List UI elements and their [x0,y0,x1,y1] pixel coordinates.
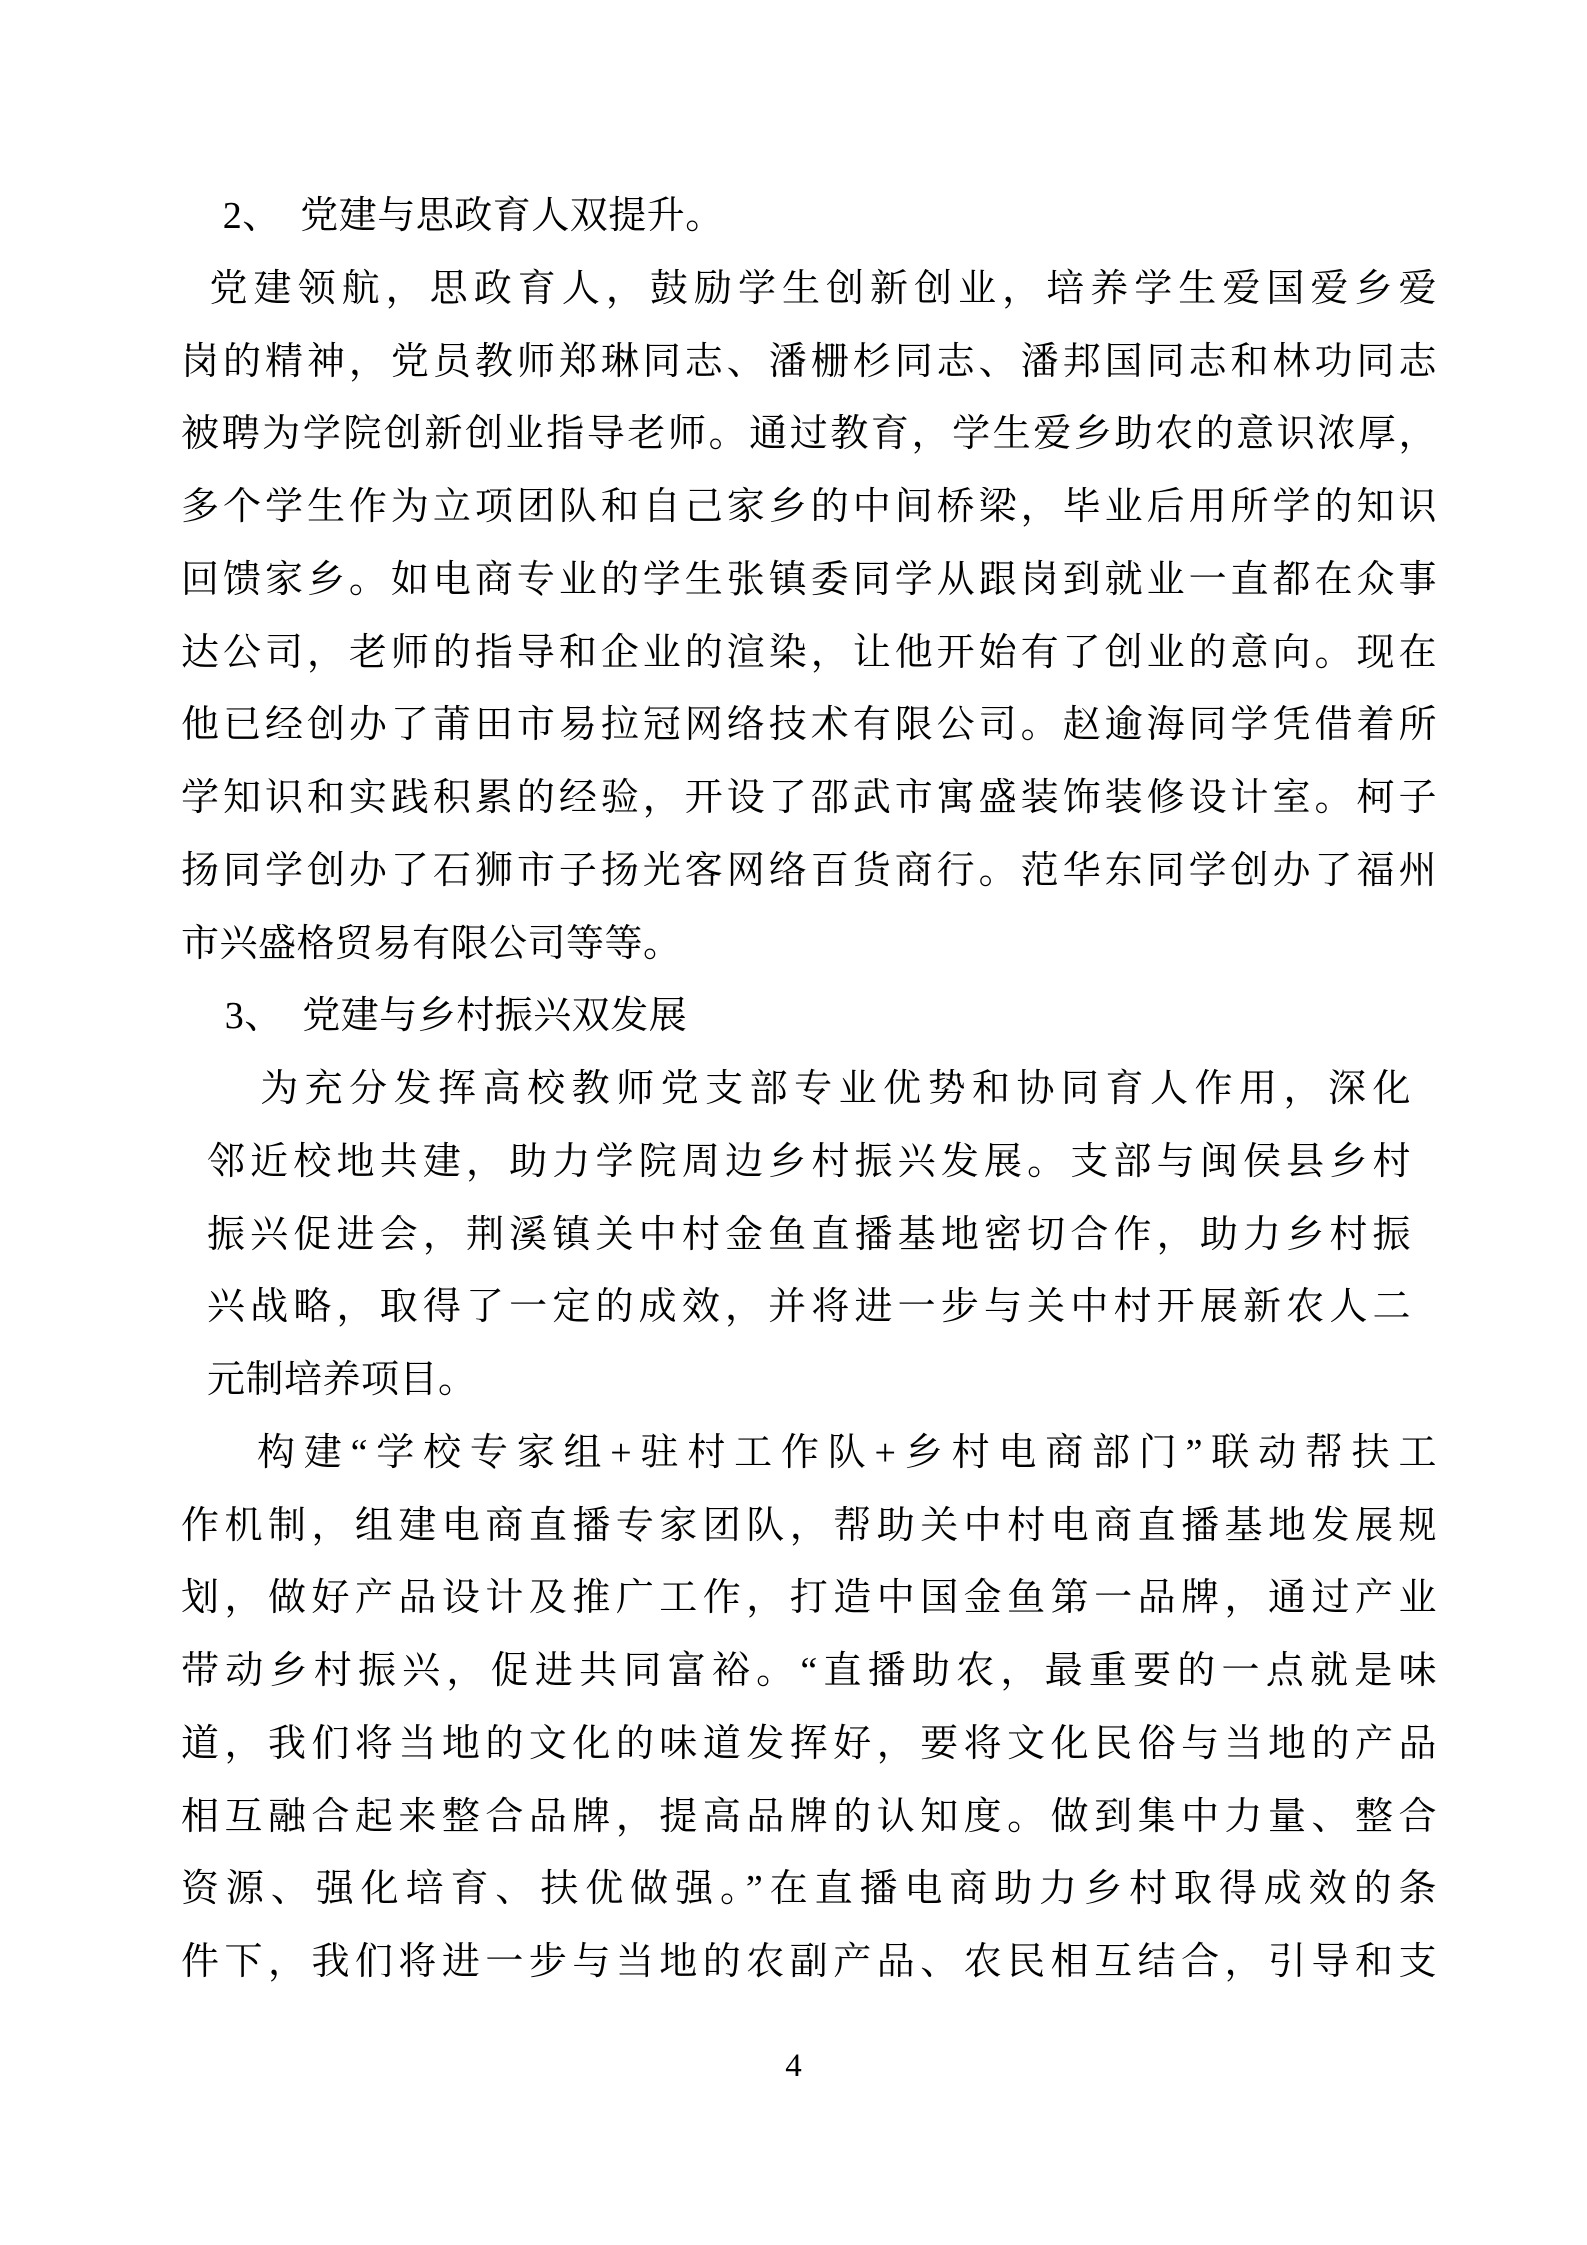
text-line: 市兴盛格贸易有限公司等等。 [181,908,1437,981]
text-line: 相互融合起来整合品牌，提高品牌的认知度。做到集中力量、整合 [181,1781,1437,1854]
text-line: 构建“学校专家组+驻村工作队+乡村电商部门”联动帮扶工 [181,1417,1437,1490]
page-number: 4 [785,2048,802,2084]
text-line: 回馈家乡。如电商专业的学生张镇委同学从跟岗到就业一直都在众事 [181,544,1437,617]
section-3-heading: 3、 党建与乡村振兴双发展 [181,980,1437,1053]
text-line: 党建领航，思政育人，鼓励学生创新创业，培养学生爱国爱乡爱 [181,253,1437,326]
section-3-paragraph-1: 为充分发挥高校教师党支部专业优势和协同育人作用，深化邻近校地共建，助力学院周边乡… [207,1053,1411,1417]
text-line: 兴战略，取得了一定的成效，并将进一步与关中村开展新农人二 [207,1271,1411,1344]
text-line: 元制培养项目。 [207,1344,1411,1417]
text-line: 作机制，组建电商直播专家团队，帮助关中村电商直播基地发展规 [181,1490,1437,1563]
text-line: 被聘为学院创新创业指导老师。通过教育，学生爱乡助农的意识浓厚， [181,398,1437,471]
text-line: 振兴促进会，荆溪镇关中村金鱼直播基地密切合作，助力乡村振 [207,1199,1411,1272]
page-footer: 4 [0,2046,1587,2086]
text-line: 邻近校地共建，助力学院周边乡村振兴发展。支部与闽侯县乡村 [207,1126,1411,1199]
text-line: 3、 党建与乡村振兴双发展 [181,980,1437,1053]
text-line: 扬同学创办了石狮市子扬光客网络百货商行。范华东同学创办了福州 [181,835,1437,908]
text-line: 带动乡村振兴，促进共同富裕。“直播助农，最重要的一点就是味 [181,1635,1437,1708]
text-line: 2、 党建与思政育人双提升。 [181,180,1437,253]
text-line: 为充分发挥高校教师党支部专业优势和协同育人作用，深化 [207,1053,1411,1126]
text-line: 资源、强化培育、扶优做强。”在直播电商助力乡村取得成效的条 [181,1853,1437,1926]
section-2-heading: 2、 党建与思政育人双提升。 [181,180,1437,253]
section-3-paragraph-2: 构建“学校专家组+驻村工作队+乡村电商部门”联动帮扶工作机制，组建电商直播专家团… [181,1417,1437,1999]
document-body: 2、 党建与思政育人双提升。党建领航，思政育人，鼓励学生创新创业，培养学生爱国爱… [181,180,1437,1999]
text-line: 划，做好产品设计及推广工作，打造中国金鱼第一品牌，通过产业 [181,1562,1437,1635]
text-line: 学知识和实践积累的经验，开设了邵武市寓盛装饰装修设计室。柯子 [181,762,1437,835]
section-2-paragraph: 党建领航，思政育人，鼓励学生创新创业，培养学生爱国爱乡爱岗的精神，党员教师郑琳同… [181,253,1437,981]
text-line: 岗的精神，党员教师郑琳同志、潘栅杉同志、潘邦国同志和林功同志 [181,326,1437,399]
text-line: 多个学生作为立项团队和自己家乡的中间桥梁，毕业后用所学的知识 [181,471,1437,544]
text-line: 道，我们将当地的文化的味道发挥好，要将文化民俗与当地的产品 [181,1708,1437,1781]
text-line: 件下，我们将进一步与当地的农副产品、农民相互结合，引导和支 [181,1926,1437,1999]
text-line: 他已经创办了莆田市易拉冠网络技术有限公司。赵逾海同学凭借着所 [181,689,1437,762]
text-line: 达公司，老师的指导和企业的渲染，让他开始有了创业的意向。现在 [181,617,1437,690]
document-page: 2、 党建与思政育人双提升。党建领航，思政育人，鼓励学生创新创业，培养学生爱国爱… [0,0,1587,2245]
